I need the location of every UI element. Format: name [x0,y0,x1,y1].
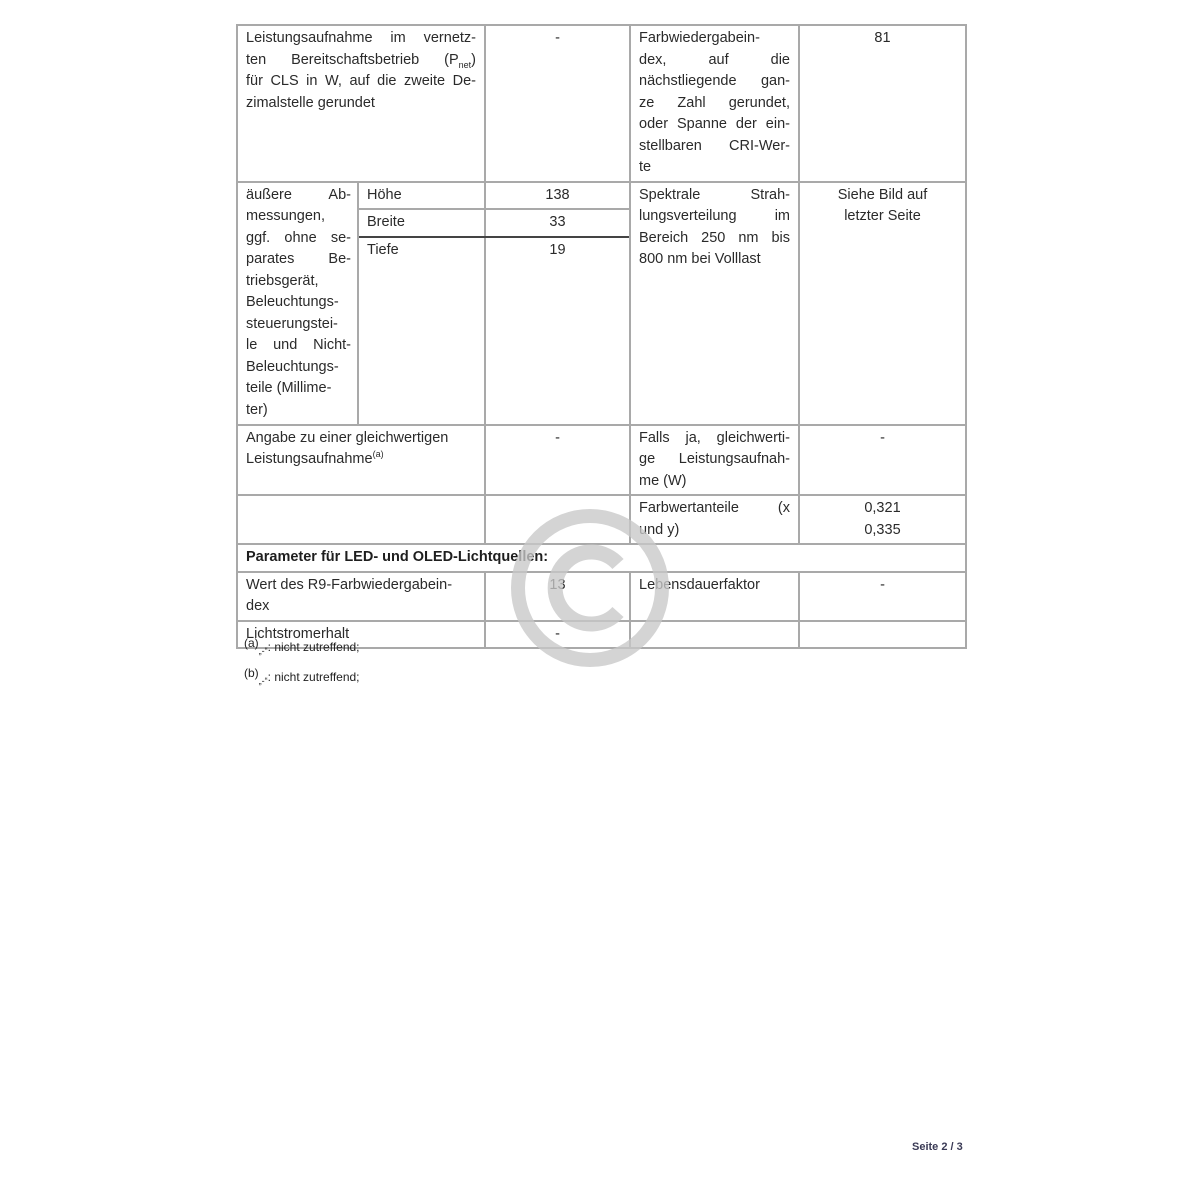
footnote-quote: „-“ [259,646,268,656]
label-line: teile (Millime- [246,378,351,400]
label-line: für CLS in W, auf die zweite De- [246,71,476,93]
table-row: Angabe zu einer gleichwertigen Leistungs… [237,425,966,496]
lifetime-factor-label: Lebensdauerfaktor [630,572,799,621]
dimension-depth-value: 19 [485,237,630,425]
dimension-width-value: 33 [485,209,630,237]
equivalent-power-watt-label: Falls ja, gleichwerti- ge Leistungsaufna… [630,425,799,496]
value-line: 0,335 [808,520,957,542]
label-line: Beleuchtungs- [246,292,351,314]
label-line: te [639,157,790,179]
label-line: oder Spanne der ein- [639,114,790,136]
empty-cell [237,495,485,544]
footnote-marker: (b) [244,666,259,680]
dimensions-label: äußere Ab- messungen, ggf. ohne se- para… [237,182,358,425]
spec-table: Leistungsaufnahme im vernetz- ten Bereit… [236,24,967,649]
label-line: messungen, [246,206,351,228]
footnote: (a)„-“: nicht zutreffend; [244,634,360,664]
label-line: Farbwertanteile (x [639,498,790,520]
label-text: ) [471,52,476,68]
label-line: lungsverteilung im [639,206,790,228]
footnotes: (a)„-“: nicht zutreffend; (b)„-“: nicht … [244,634,360,694]
standby-power-value: - [485,25,630,182]
label-line: steuerungstei- [246,314,351,336]
label-line: Leistungsaufnahme(a) [246,449,476,471]
label-line: Spektrale Strah- [639,185,790,207]
label-text: Leistungsaufnahme [246,451,373,467]
label-line: Bereich 250 nm bis [639,228,790,250]
empty-cell [799,621,966,649]
lifetime-factor-value: - [799,572,966,621]
table-row: Farbwertanteile (x und y) 0,321 0,335 [237,495,966,544]
label-line: zimalstelle gerundet [246,93,476,115]
label-line: parates Be- [246,249,351,271]
label-line: Angabe zu einer gleichwertigen [246,428,476,450]
table-row: Parameter für LED- und OLED-Lichtquellen… [237,544,966,572]
label-line: äußere Ab- [246,185,351,207]
table-row: Leistungsaufnahme im vernetz- ten Bereit… [237,25,966,182]
label-line: 800 nm bei Volllast [639,249,790,271]
label-line: me (W) [639,471,790,493]
footnote-marker: (a) [244,636,259,650]
table-row: äußere Ab- messungen, ggf. ohne se- para… [237,182,966,210]
dimension-depth-label: Tiefe [358,237,485,425]
spectral-distribution-value: Siehe Bild auf letzter Seite [799,182,966,425]
dimension-height-label: Höhe [358,182,485,210]
dimension-height-value: 138 [485,182,630,210]
section-header: Parameter für LED- und OLED-Lichtquellen… [237,544,966,572]
label-line: dex, auf die [639,50,790,72]
page-number: Seite 2 / 3 [912,1141,963,1153]
dimension-width-label: Breite [358,209,485,237]
label-line: dex [246,596,476,618]
r9-index-label: Wert des R9-Farbwiedergabein- dex [237,572,485,621]
label-line: Wert des R9-Farbwiedergabein- [246,575,476,597]
chromaticity-label: Farbwertanteile (x und y) [630,495,799,544]
label-text: ten Bereitschaftsbetrieb (P [246,52,459,68]
lumen-maintenance-value: - [485,621,630,649]
label-line: ggf. ohne se- [246,228,351,250]
label-line: le und Nicht- [246,335,351,357]
label-line: triebsgerät, [246,271,351,293]
label-line: Farbwiedergabein- [639,28,790,50]
value-line: 0,321 [808,498,957,520]
footnote-quote: „-“ [259,676,268,686]
r9-index-value: 13 [485,572,630,621]
cri-value: 81 [799,25,966,182]
table-row: Wert des R9-Farbwiedergabein- dex 13 Leb… [237,572,966,621]
label-line: ten Bereitschaftsbetrieb (Pnet) [246,50,476,72]
label-line: ter) [246,400,351,422]
equivalent-power-watt-value: - [799,425,966,496]
spectral-distribution-label: Spektrale Strah- lungsverteilung im Bere… [630,182,799,425]
label-line: Beleuchtungs- [246,357,351,379]
label-line: nächstliegende gan- [639,71,790,93]
value-line: Siehe Bild auf [808,185,957,207]
subscript: net [459,59,472,69]
standby-power-label: Leistungsaufnahme im vernetz- ten Bereit… [237,25,485,182]
label-line: Leistungsaufnahme im vernetz- [246,28,476,50]
footnote-marker: (a) [373,449,384,459]
value-line: letzter Seite [808,206,957,228]
empty-cell [630,621,799,649]
document-page: Leistungsaufnahme im vernetz- ten Bereit… [0,0,1181,1181]
footnote-text: : nicht zutreffend; [268,640,360,654]
label-line: ge Leistungsaufnah- [639,449,790,471]
chromaticity-value: 0,321 0,335 [799,495,966,544]
cri-label: Farbwiedergabein- dex, auf die nächstlie… [630,25,799,182]
empty-cell [485,495,630,544]
label-line: stellbaren CRI-Wer- [639,136,790,158]
footnote-text: : nicht zutreffend; [268,670,360,684]
label-line: Falls ja, gleichwerti- [639,428,790,450]
equivalent-power-value: - [485,425,630,496]
label-line: ze Zahl gerundet, [639,93,790,115]
footnote: (b)„-“: nicht zutreffend; [244,664,360,694]
label-line: und y) [639,520,790,542]
equivalent-power-label: Angabe zu einer gleichwertigen Leistungs… [237,425,485,496]
